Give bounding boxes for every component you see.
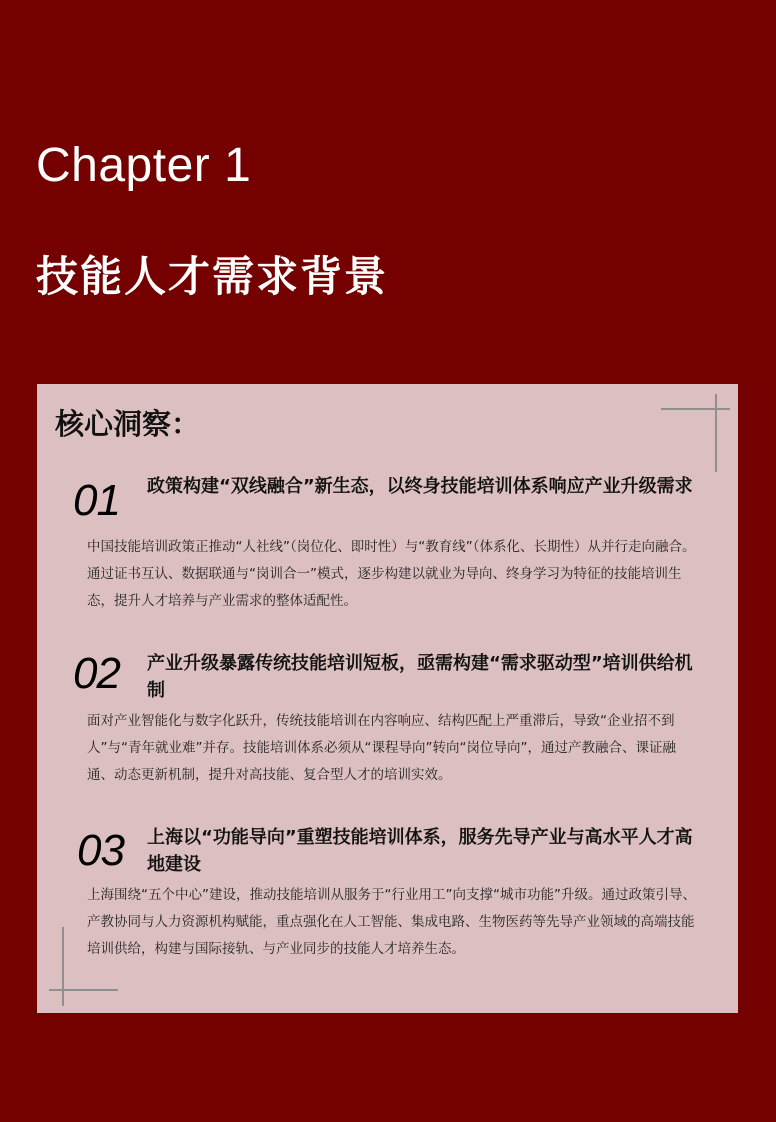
corner-decor-top-h	[661, 408, 730, 410]
chapter-label: Chapter 1	[36, 136, 251, 196]
insights-heading: 核心洞察：	[55, 404, 200, 444]
insight-number: 02	[73, 650, 120, 698]
insights-panel: 核心洞察： 01 政策构建“双线融合”新生态，以终身技能培训体系响应产业升级需求…	[37, 384, 738, 1013]
insight-body: 上海围绕“五个中心”建设，推动技能培训从服务于“行业用工”向支撑“城市功能”升级…	[87, 882, 697, 963]
insight-body: 面对产业智能化与数字化跃升，传统技能培训在内容响应、结构匹配上严重滞后，导致“企…	[87, 708, 697, 789]
insight-body: 中国技能培训政策正推动“人社线”（岗位化、即时性）与“教育线”（体系化、长期性）…	[87, 534, 697, 615]
corner-decor-bottom-v	[62, 927, 64, 1006]
insight-title: 产业升级暴露传统技能培训短板，亟需构建“需求驱动型”培训供给机制	[147, 650, 697, 704]
corner-decor-top-v	[715, 394, 717, 472]
insight-title: 上海以“功能导向”重塑技能培训体系，服务先导产业与高水平人才高地建设	[147, 824, 697, 878]
insight-number: 03	[77, 827, 124, 875]
insight-number: 01	[73, 477, 120, 525]
chapter-title: 技能人才需求背景	[36, 248, 388, 306]
corner-decor-bottom-h	[49, 989, 118, 991]
insight-title: 政策构建“双线融合”新生态，以终身技能培训体系响应产业升级需求	[147, 473, 697, 500]
